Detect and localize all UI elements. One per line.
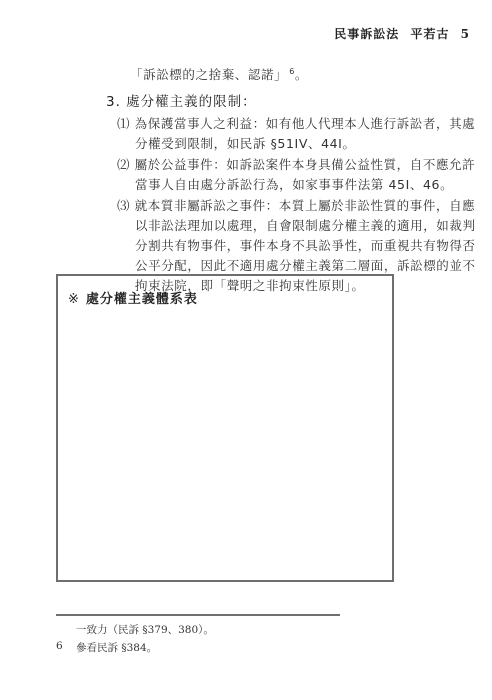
footnote-continuation: 一致力（民訴 §379、380）。: [76, 622, 214, 637]
diagram-box: ※處分權主義體系表: [56, 274, 394, 582]
continuation-paragraph: 「訴訟標的之捨棄、認諾」6。: [130, 65, 308, 83]
item3-line3: 分割共有物事件，事件本身不具訟爭性，而重視共有物得否: [135, 236, 476, 254]
diagram-title: ※處分權主義體系表: [68, 288, 198, 307]
running-header: 民事訴訟法 平若古 5: [328, 25, 470, 42]
item3-line1: ⑶ 就本質非屬訴訟之事件：本質上屬於非訟性質的事件，自應: [117, 196, 475, 214]
item3-line4: 公平分配，因此不適用處分權主義第二層面，訴訟標的並不: [135, 256, 476, 274]
diagram-title-text: 處分權主義體系表: [86, 292, 198, 307]
item3-line2: 以非訟法理加以處理，自會限制處分權主義的適用，如裁判: [135, 216, 476, 234]
footnote-6-text: 參看民訴 §384。: [76, 640, 157, 655]
item1-line2: 分權受到限制，如民訴 §51IV、44I。: [135, 134, 356, 152]
continuation-text: 「訴訟標的之捨棄、認諾」: [130, 67, 287, 82]
item2-line2: 當事人自由處分訴訟行為，如家事事件法第 45I、46。: [135, 175, 453, 193]
reference-mark-icon: ※: [68, 292, 80, 307]
item1-line1: ⑴ 為保護當事人之利益：如有他人代理本人進行訴訟者，其處: [117, 114, 475, 132]
book-title: 民事訴訟法: [334, 27, 399, 41]
page-number: 5: [461, 27, 470, 41]
footnote-6-number: 6: [56, 640, 63, 652]
continuation-end: 。: [295, 67, 308, 82]
footnote-divider: [56, 614, 340, 616]
author: 平若古: [410, 27, 449, 41]
item2-line1: ⑵ 屬於公益事件：如訴訟案件本身具備公益性質，自不應允許: [117, 155, 475, 173]
section-heading-3: 3. 處分權主義的限制：: [106, 90, 257, 110]
